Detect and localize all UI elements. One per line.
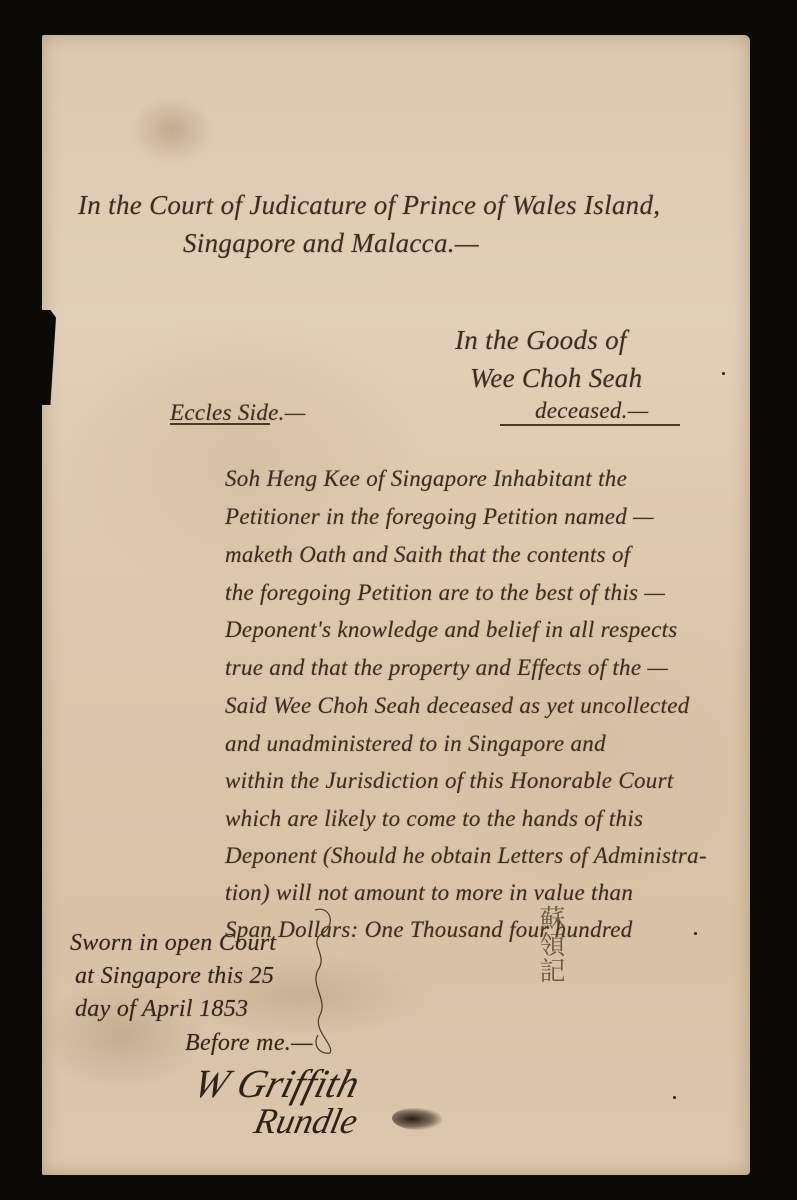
chinese-signature: 蘇領記 [538,905,568,983]
body-line-12: tion) will not amount to more in value t… [225,880,633,906]
jurat-line-3: day of April 1853 [75,996,248,1023]
body-line-6: true and that the property and Effects o… [225,655,668,681]
jurat-line-2: at Singapore this 25 [75,963,274,990]
body-line-7: Said Wee Choh Seah deceased as yet uncol… [225,693,690,719]
decedent-name: Wee Choh Seah [470,363,642,394]
deceased-underline [500,424,680,426]
paper-speck [694,932,697,935]
body-line-2: Petitioner in the foregoing Petition nam… [225,504,654,530]
court-heading-line-2: Singapore and Malacca.— [183,228,479,259]
paper-speck [673,1096,676,1099]
body-line-11: Deponent (Should he obtain Letters of Ad… [225,843,707,869]
body-line-8: and unadministered to in Singapore and [225,731,606,757]
jurat-brace-icon [300,905,345,1055]
jurat-line-4: Before me.— [185,1030,313,1057]
body-line-13: Span Dollars: One Thousand four hundred [225,917,633,943]
eccles-side-underline [170,423,270,425]
ink-blot [392,1108,442,1130]
matter-line-1: In the Goods of [455,325,627,356]
body-line-5: Deponent's knowledge and belief in all r… [225,617,678,643]
body-line-10: which are likely to come to the hands of… [225,806,643,832]
court-heading-line-1: In the Court of Judicature of Prince of … [78,190,660,221]
paper-speck [722,372,725,375]
deceased-label: deceased.— [535,398,649,424]
body-line-1: Soh Heng Kee of Singapore Inhabitant the [225,466,627,492]
body-line-9: within the Jurisdiction of this Honorabl… [225,768,674,794]
body-line-3: maketh Oath and Saith that the contents … [225,542,630,568]
body-line-4: the foregoing Petition are to the best o… [225,580,665,606]
registrar-signature: Rundle [251,1100,362,1142]
jurat-line-1: Sworn in open Court [70,930,276,957]
